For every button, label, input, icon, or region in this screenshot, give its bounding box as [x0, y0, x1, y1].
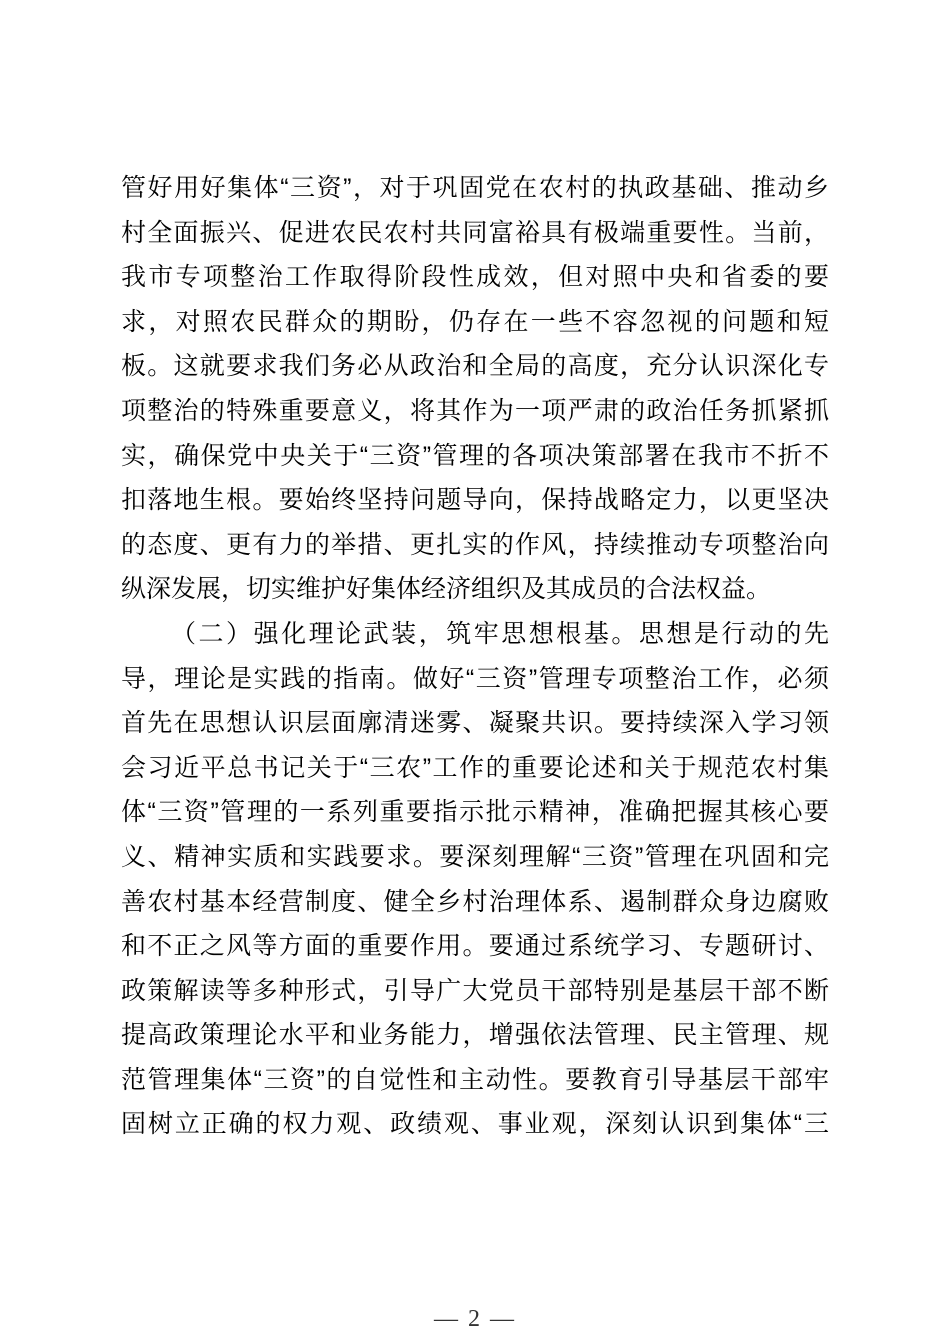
paragraph: （二）强化理论武装，筑牢思想根基。思想是行动的先导，理论是实践的指南。做好“三资… — [121, 612, 829, 1147]
text-line: 扣落地生根。要始终坚持问题导向，保持战略定力，以更坚决 — [121, 478, 829, 523]
text-line: 纵深发展，切实维护好集体经济组织及其成员的合法权益。 — [121, 567, 829, 612]
text-line: 项整治的特殊重要意义，将其作为一项严肃的政治任务抓紧抓 — [121, 389, 829, 434]
text-line: 提高政策理论水平和业务能力，增强依法管理、民主管理、规 — [121, 1013, 829, 1058]
text-line: 范管理集体“三资”的自觉性和主动性。要教育引导基层干部牢 — [121, 1058, 829, 1103]
paragraph: 管好用好集体“三资”，对于巩固党在农村的执政基础、推动乡村全面振兴、促进农民农村… — [121, 166, 829, 612]
document-page: 管好用好集体“三资”，对于巩固党在农村的执政基础、推动乡村全面振兴、促进农民农村… — [0, 0, 950, 1344]
text-line: 导，理论是实践的指南。做好“三资”管理专项整治工作，必须 — [121, 657, 829, 702]
text-line: （二）强化理论武装，筑牢思想根基。思想是行动的先 — [121, 612, 829, 657]
text-line: 村全面振兴、促进农民农村共同富裕具有极端重要性。当前， — [121, 211, 829, 256]
document-body: 管好用好集体“三资”，对于巩固党在农村的执政基础、推动乡村全面振兴、促进农民农村… — [121, 166, 829, 1147]
text-line: 义、精神实质和实践要求。要深刻理解“三资”管理在巩固和完 — [121, 835, 829, 880]
page-number: — 2 — — [0, 1306, 950, 1333]
text-line: 固树立正确的权力观、政绩观、事业观，深刻认识到集体“三 — [121, 1102, 829, 1147]
text-line: 政策解读等多种形式，引导广大党员干部特别是基层干部不断 — [121, 969, 829, 1014]
text-line: 实，确保党中央关于“三资”管理的各项决策部署在我市不折不 — [121, 434, 829, 479]
text-line: 会习近平总书记关于“三农”工作的重要论述和关于规范农村集 — [121, 746, 829, 791]
text-line: 的态度、更有力的举措、更扎实的作风，持续推动专项整治向 — [121, 523, 829, 568]
text-line: 求，对照农民群众的期盼，仍存在一些不容忽视的问题和短 — [121, 300, 829, 345]
text-line: 和不正之风等方面的重要作用。要通过系统学习、专题研讨、 — [121, 924, 829, 969]
text-line: 管好用好集体“三资”，对于巩固党在农村的执政基础、推动乡 — [121, 166, 829, 211]
text-line: 我市专项整治工作取得阶段性成效，但对照中央和省委的要 — [121, 255, 829, 300]
text-line: 板。这就要求我们务必从政治和全局的高度，充分认识深化专 — [121, 344, 829, 389]
text-line: 首先在思想认识层面廓清迷雾、凝聚共识。要持续深入学习领 — [121, 701, 829, 746]
text-line: 体“三资”管理的一系列重要指示批示精神，准确把握其核心要 — [121, 790, 829, 835]
text-line: 善农村基本经营制度、健全乡村治理体系、遏制群众身边腐败 — [121, 880, 829, 925]
